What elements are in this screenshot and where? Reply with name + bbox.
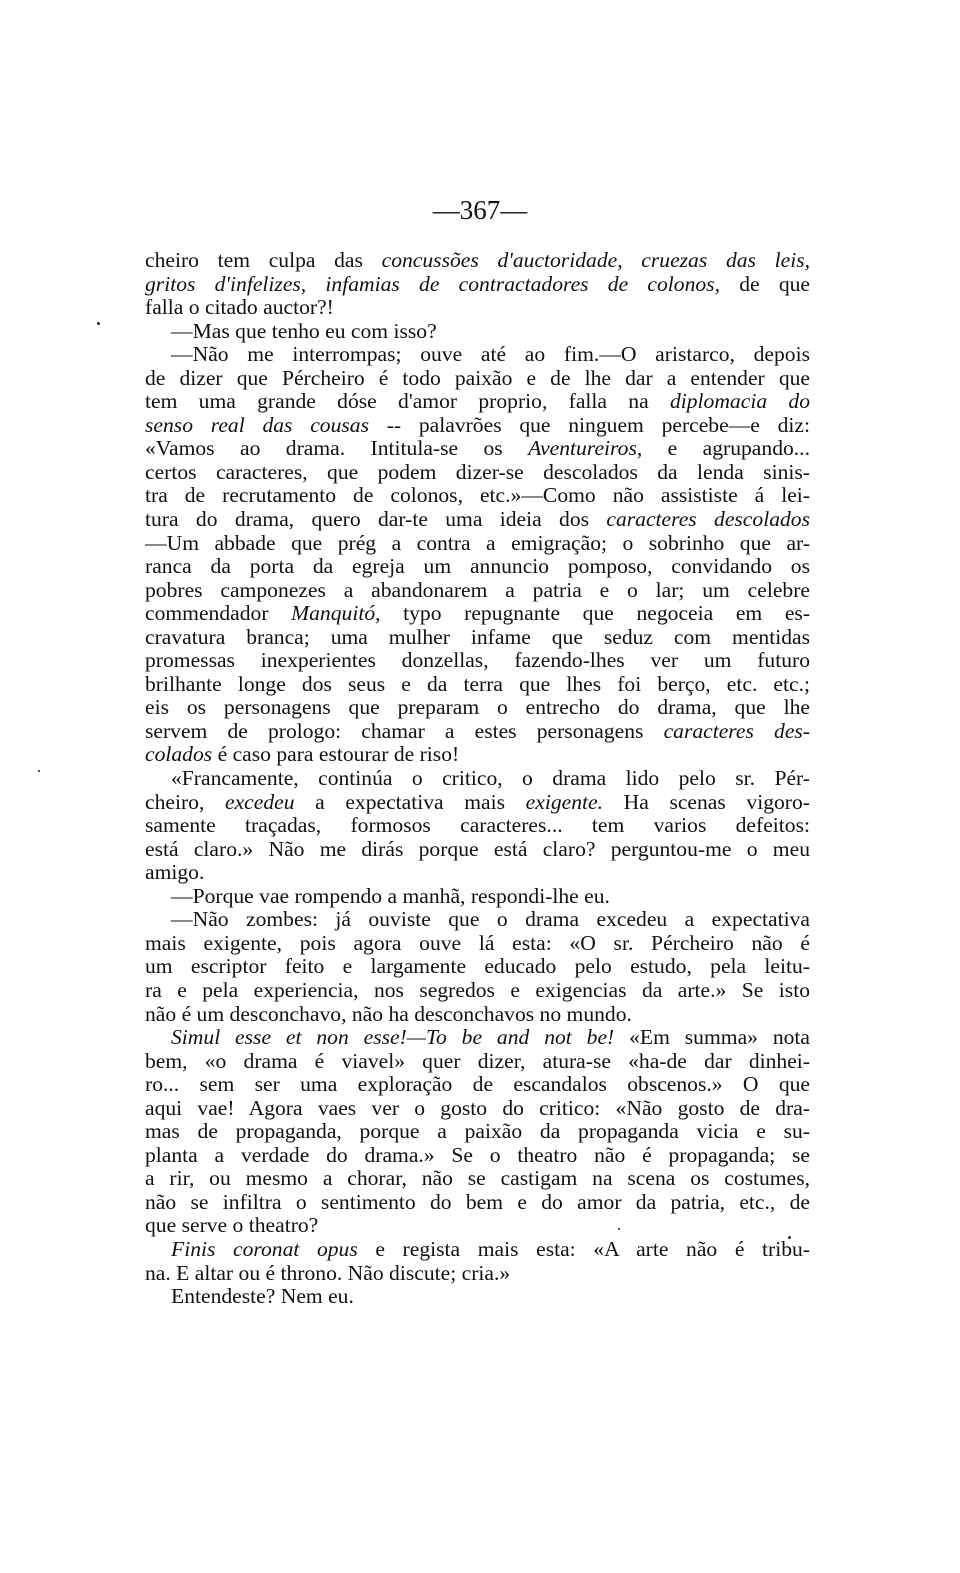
text-line: brilhante longe dos seus e da terra que … xyxy=(145,673,810,697)
text-line: —Não me interrompas; ouve até ao fim.—O … xyxy=(145,343,810,367)
text-line: cheiro, excedeu a expectativa mais exige… xyxy=(145,791,810,815)
text-segment: —Um abbade que prég a contra a emigração… xyxy=(145,531,810,555)
text-segment: um escriptor feito e largamente educado … xyxy=(145,954,810,978)
text-segment: —Mas que tenho eu com isso? xyxy=(171,319,437,343)
text-line: promessas inexperientes donzellas, fazen… xyxy=(145,649,810,673)
text-line: senso real das cousas -- palavrões que n… xyxy=(145,414,810,438)
text-segment: promessas inexperientes donzellas, fazen… xyxy=(145,648,810,672)
text-segment: , e agrupando... xyxy=(637,436,810,460)
text-line: mais exigente, pois agora ouve lá esta: … xyxy=(145,932,810,956)
text-line: ranca da porta da egreja um annuncio pom… xyxy=(145,555,810,579)
text-segment: falla o citado auctor?! xyxy=(145,295,334,319)
text-segment: e regista mais esta: «A arte não é tribu… xyxy=(358,1237,810,1261)
text-segment: —Não zombes: já ouviste que o drama exce… xyxy=(171,907,810,931)
text-segment: cheiro tem culpa das xyxy=(145,248,382,272)
text-line: não se infiltra o sentimento do bem e do… xyxy=(145,1191,810,1215)
text-line: a rir, ou mesmo a chorar, não se castiga… xyxy=(145,1167,810,1191)
italic-text: diplomacia do xyxy=(670,389,810,413)
text-segment: que serve o theatro? xyxy=(145,1213,318,1237)
page-number: —367— xyxy=(0,193,960,227)
text-segment: «Francamente, continúa o critico, o dram… xyxy=(171,766,810,790)
italic-text: concussões d'auctoridade, cruezas das le… xyxy=(382,248,810,272)
text-line: Entendeste? Nem eu. xyxy=(145,1285,810,1309)
text-line: mas de propaganda, porque a paixão da pr… xyxy=(145,1120,810,1144)
text-segment: «Em summa» nota xyxy=(614,1025,810,1049)
text-segment: samente traçadas, formosos caracteres...… xyxy=(145,813,810,837)
text-line: eis os personagens que preparam o entrec… xyxy=(145,696,810,720)
text-segment: tra de recrutamento de colonos, etc.»—Co… xyxy=(145,483,810,507)
text-segment: ro... sem ser uma exploração de escandal… xyxy=(145,1072,810,1096)
text-line: um escriptor feito e largamente educado … xyxy=(145,955,810,979)
italic-text: caracteres des- xyxy=(664,719,810,743)
text-segment: ranca da porta da egreja um annuncio pom… xyxy=(145,554,810,578)
text-line: ra e pela experiencia, nos segredos e ex… xyxy=(145,979,810,1003)
text-line: colados é caso para estourar de riso! xyxy=(145,743,810,767)
text-segment: mas de propaganda, porque a paixão da pr… xyxy=(145,1119,810,1143)
text-segment: cheiro, xyxy=(145,790,225,814)
text-line: «Francamente, continúa o critico, o dram… xyxy=(145,767,810,791)
text-segment: tura do drama, quero dar-te uma ideia do… xyxy=(145,507,606,531)
text-segment: Ha scenas vigoro- xyxy=(603,790,810,814)
text-segment: servem de prologo: chamar a estes person… xyxy=(145,719,664,743)
text-segment: bem, «o drama é viavel» quer dizer, atur… xyxy=(145,1049,810,1073)
margin-speck xyxy=(97,322,100,325)
text-line: gritos d'infelizes, infamias de contract… xyxy=(145,273,810,297)
text-line: tem uma grande dóse d'amor proprio, fall… xyxy=(145,390,810,414)
text-line: samente traçadas, formosos caracteres...… xyxy=(145,814,810,838)
text-segment: brilhante longe dos seus e da terra que … xyxy=(145,672,810,696)
text-line: cravatura branca; uma mulher infame que … xyxy=(145,626,810,650)
text-line: na. E altar ou é throno. Não discute; cr… xyxy=(145,1262,810,1286)
text-segment: —Não me interrompas; ouve até ao fim.—O … xyxy=(171,342,810,366)
text-segment: na. E altar ou é throno. Não discute; cr… xyxy=(145,1261,510,1285)
text-line: está claro.» Não me dirás porque está cl… xyxy=(145,838,810,862)
text-line: pobres camponezes a abandonarem a patria… xyxy=(145,579,810,603)
margin-speck xyxy=(38,770,40,772)
text-line: cheiro tem culpa das concussões d'auctor… xyxy=(145,249,810,273)
text-segment: aqui vae! Agora vaes ver o gosto do crit… xyxy=(145,1096,810,1120)
text-line: que serve o theatro? xyxy=(145,1214,810,1238)
italic-text: senso real das cousas xyxy=(145,413,369,437)
text-segment: está claro.» Não me dirás porque está cl… xyxy=(145,837,810,861)
text-line: ro... sem ser uma exploração de escandal… xyxy=(145,1073,810,1097)
text-segment: , de que xyxy=(715,272,810,296)
text-segment: , typo repugnante que negoceia em es- xyxy=(375,601,810,625)
text-segment: tem uma grande dóse d'amor proprio, fall… xyxy=(145,389,670,413)
text-segment: certos caracteres, que podem dizer-se de… xyxy=(145,460,810,484)
text-line: planta a verdade do drama.» Se o theatro… xyxy=(145,1144,810,1168)
body-text: cheiro tem culpa das concussões d'auctor… xyxy=(145,249,810,1309)
text-segment: ra e pela experiencia, nos segredos e ex… xyxy=(145,978,810,1002)
text-line: bem, «o drama é viavel» quer dizer, atur… xyxy=(145,1050,810,1074)
text-line: Finis coronat opus e regista mais esta: … xyxy=(145,1238,810,1262)
italic-text: Simul esse et non esse!—To be and not be… xyxy=(171,1025,614,1049)
text-segment: de dizer que Pércheiro é todo paixão e d… xyxy=(145,366,810,390)
italic-text: gritos d'infelizes, infamias de contract… xyxy=(145,272,715,296)
text-line: de dizer que Pércheiro é todo paixão e d… xyxy=(145,367,810,391)
text-segment: «Vamos ao drama. Intitula-se os xyxy=(145,436,528,460)
margin-speck xyxy=(788,1236,791,1239)
text-line: certos caracteres, que podem dizer-se de… xyxy=(145,461,810,485)
text-segment: é caso para estourar de riso! xyxy=(212,742,459,766)
text-segment: commendador xyxy=(145,601,291,625)
italic-text: Manquitó xyxy=(291,601,375,625)
text-line: amigo. xyxy=(145,861,810,885)
italic-text: Finis coronat opus xyxy=(171,1237,358,1261)
text-segment: não se infiltra o sentimento do bem e do… xyxy=(145,1190,810,1214)
text-segment: não é um desconchavo, não ha desconchavo… xyxy=(145,1002,632,1026)
italic-text: excedeu xyxy=(225,790,295,814)
text-segment: pobres camponezes a abandonarem a patria… xyxy=(145,578,810,602)
text-line: Simul esse et non esse!—To be and not be… xyxy=(145,1026,810,1050)
text-segment: —Porque vae rompendo a manhã, respondi-l… xyxy=(171,884,610,908)
italic-text: Aventureiros xyxy=(528,436,637,460)
text-line: commendador Manquitó, typo repugnante qu… xyxy=(145,602,810,626)
italic-text: colados xyxy=(145,742,212,766)
text-segment: mais exigente, pois agora ouve lá esta: … xyxy=(145,931,810,955)
text-line: servem de prologo: chamar a estes person… xyxy=(145,720,810,744)
text-line: —Um abbade que prég a contra a emigração… xyxy=(145,532,810,556)
text-line: tra de recrutamento de colonos, etc.»—Co… xyxy=(145,484,810,508)
text-segment: Entendeste? Nem eu. xyxy=(171,1284,354,1308)
text-line: falla o citado auctor?! xyxy=(145,296,810,320)
text-line: aqui vae! Agora vaes ver o gosto do crit… xyxy=(145,1097,810,1121)
italic-text: caracteres descolados xyxy=(606,507,810,531)
text-segment: cravatura branca; uma mulher infame que … xyxy=(145,625,810,649)
text-segment: planta a verdade do drama.» Se o theatro… xyxy=(145,1143,810,1167)
italic-text: exigente. xyxy=(526,790,603,814)
text-segment: amigo. xyxy=(145,860,204,884)
text-segment: a rir, ou mesmo a chorar, não se castiga… xyxy=(145,1166,810,1190)
text-line: não é um desconchavo, não ha desconchavo… xyxy=(145,1003,810,1027)
text-line: —Porque vae rompendo a manhã, respondi-l… xyxy=(145,885,810,909)
text-segment: a expectativa mais xyxy=(295,790,526,814)
text-line: —Mas que tenho eu com isso? xyxy=(145,320,810,344)
margin-speck xyxy=(618,1228,620,1230)
text-line: —Não zombes: já ouviste que o drama exce… xyxy=(145,908,810,932)
text-segment: eis os personagens que preparam o entrec… xyxy=(145,695,810,719)
text-segment: -- palavrões que ninguem percebe—e diz: xyxy=(369,413,810,437)
text-line: tura do drama, quero dar-te uma ideia do… xyxy=(145,508,810,532)
text-line: «Vamos ao drama. Intitula-se os Aventure… xyxy=(145,437,810,461)
